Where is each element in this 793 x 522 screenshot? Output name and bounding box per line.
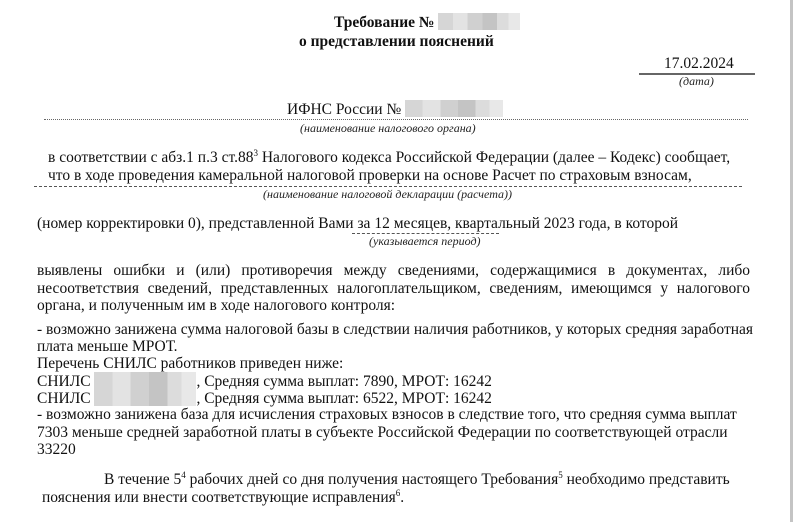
redacted-authority-number	[405, 100, 503, 117]
redacted-requirement-number	[438, 13, 520, 30]
title-text: Требование №	[334, 14, 434, 31]
title-line-1: Требование №	[334, 13, 520, 32]
closing-line-1: В течение 54 рабочих дней со дня получен…	[104, 471, 730, 489]
intro-line-3: (номер корректировки 0), представленной …	[37, 215, 678, 233]
snils-details: , Средняя сумма выплат: 6522, МРОТ: 1624…	[196, 390, 491, 407]
date-caption: (дата)	[679, 74, 714, 89]
tax-authority-name: ИФНС России №	[287, 101, 401, 118]
issue-2-line-2: 7303 меньше средней заработной платы в с…	[37, 424, 728, 442]
title-line-2: о представлении пояснений	[299, 33, 494, 51]
issue-2-line-1: - возможно занижена база для исчисления …	[37, 406, 737, 424]
issue-2-line-3: 33220	[37, 441, 76, 459]
intro-line-1: в соответствии с абз.1 п.3 ст.883 Налого…	[48, 149, 730, 167]
issue-1-line-2: плата меньше МРОТ.	[37, 338, 178, 356]
snils-label: СНИЛС	[37, 390, 91, 407]
closing-line-2: пояснения или внести соответствующие исп…	[42, 489, 404, 507]
redacted-snils	[94, 389, 196, 406]
findings-line-3: органа, и полученным им в ходе налоговог…	[37, 297, 395, 315]
authority-caption: (наименование налогового органа)	[300, 121, 476, 136]
snils-label: СНИЛС	[37, 373, 91, 390]
redacted-snils	[94, 372, 196, 389]
intro-line-2: что в ходе проведения камеральной налого…	[48, 167, 692, 185]
period-caption: (указывается период)	[369, 234, 481, 249]
document-date: 17.02.2024	[664, 55, 734, 73]
authority-underline	[44, 119, 748, 120]
snils-list-header: Перечень СНИЛС работников приведен ниже:	[37, 355, 343, 373]
issue-1-line-1: - возможно занижена сумма налоговой базы…	[37, 321, 753, 339]
reporting-period: за 12 месяцев, квартальный	[357, 215, 539, 232]
document-page: Требование № о представлении пояснений 1…	[0, 0, 790, 522]
findings-line-1: выявлены ошибки и (или) противоречия меж…	[37, 262, 750, 280]
snils-details: , Средняя сумма выплат: 7890, МРОТ: 1624…	[196, 373, 491, 390]
findings-line-2: несоответствия сведений, представленных …	[37, 280, 750, 298]
tax-authority: ИФНС России №	[287, 100, 503, 119]
declaration-caption: (наименование налоговой декларации (расч…	[263, 187, 512, 202]
